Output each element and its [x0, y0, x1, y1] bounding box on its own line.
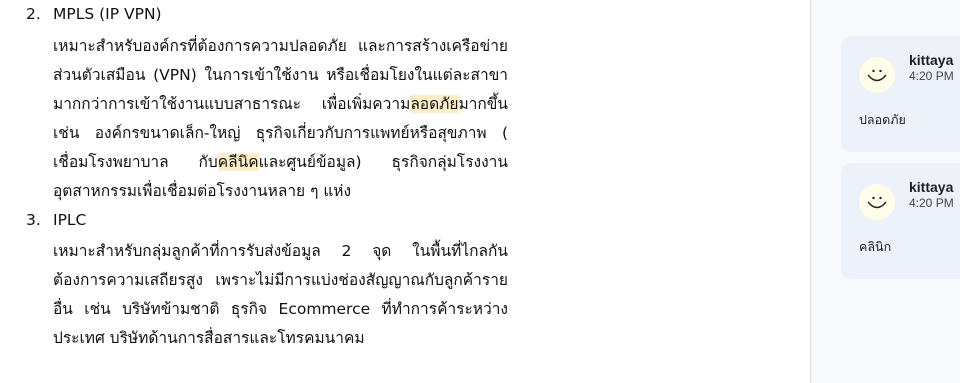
list-item-title: MPLS (IP VPN): [53, 2, 162, 27]
comment-highlight[interactable]: ลอดภัย: [410, 95, 458, 113]
comment-author: kittaya: [909, 179, 953, 195]
comment-time: 4:20 PM: [909, 69, 954, 83]
paragraph-line: เหมาะสำหรับกลุ่มลูกค้าที่การรับส่งข้อมูล…: [53, 239, 508, 264]
paragraph-line: เชื่อมโรงพยาบาล กับคลีนิคและศูนย์ข้อมูล)…: [53, 150, 508, 175]
avatar[interactable]: [859, 57, 895, 93]
document-page[interactable]: 2. MPLS (IP VPN) เหมาะสำหรับองค์กรที่ต้อ…: [0, 0, 810, 383]
paragraph-line: มากกว่าการเข้าใช้งานแบบสาธารณะ เพื่อเพิ่…: [53, 92, 508, 117]
paragraph-line: อุตสาหกรรมเพื่อเชื่อมต่อโรงงานหลาย ๆ แห่…: [53, 179, 351, 204]
comment-highlight[interactable]: คลีนิค: [218, 153, 259, 171]
comment-text: ปลอดภัย: [859, 110, 906, 130]
paragraph-line: อื่น เช่น บริษัทข้ามชาติ ธุรกิจ Ecommerc…: [53, 297, 508, 322]
comment-card[interactable]: kittaya 4:20 PM คลินิก: [841, 163, 960, 279]
smiley-icon: [859, 57, 895, 93]
smiley-icon: [859, 184, 895, 220]
paragraph-line: ประเทศ บริษัทด้านการสื่อสารและโทรคมนาคม: [53, 326, 365, 351]
comment-time: 4:20 PM: [909, 196, 954, 210]
avatar[interactable]: [859, 184, 895, 220]
list-item-title: IPLC: [53, 208, 86, 233]
paragraph-line: ต้องการความเสถียรสูง เพราะไม่มีการแบ่งช่…: [53, 268, 508, 293]
comment-author: kittaya: [909, 52, 953, 68]
comment-card[interactable]: kittaya 4:20 PM ปลอดภัย: [841, 36, 960, 152]
paragraph-line: เหมาะสำหรับองค์กรที่ต้องการความปลอดภัย แ…: [53, 34, 508, 59]
list-number: 2.: [26, 2, 41, 27]
comments-sidebar: kittaya 4:20 PM ปลอดภัย kittaya 4:20 PM …: [810, 0, 960, 383]
paragraph-line: ส่วนตัวเสมือน (VPN) ในการเข้าใช้งาน หรือ…: [53, 63, 508, 88]
comment-text: คลินิก: [859, 237, 891, 257]
paragraph-line: เช่น องค์กรขนาดเล็ก-ใหญ่ ธุรกิจเกี่ยวกับ…: [53, 121, 508, 146]
list-number: 3.: [26, 208, 41, 233]
